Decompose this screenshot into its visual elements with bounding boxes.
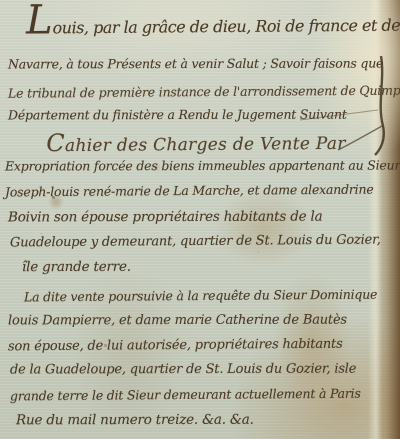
manuscript-line-opening: Louis, par la grâce de dieu, Roi de fran…	[26, 6, 400, 36]
manuscript-line: son épouse, de lui autorisée, propriétai…	[8, 337, 343, 355]
manuscript-line: Guadeloupe y demeurant, quartier de St. …	[10, 233, 381, 251]
manuscript-line: Navarre, à tous Présents et à venir Salu…	[8, 56, 383, 72]
manuscript-line: Boivin son épouse propriétaires habitant…	[8, 209, 323, 226]
manuscript-line: louis Dampierre, et dame marie Catherine…	[8, 313, 347, 329]
manuscript-page: Louis, par la grâce de dieu, Roi de fran…	[0, 0, 400, 439]
manuscript-line: grande terre le dit Sieur demeurant actu…	[10, 386, 361, 404]
manuscript-line: La dite vente poursuivie à la requête du…	[24, 287, 377, 305]
manuscript-line: de la Guadeloupe, quartier de St. Louis …	[10, 362, 356, 378]
manuscript-heading-line: Cahier des Charges de Vente Par	[0, 126, 392, 157]
manuscript-line: Département du finistère a Rendu le Juge…	[8, 107, 347, 123]
manuscript-line: île grande terre.	[22, 259, 131, 275]
manuscript-line: Rue du mail numero treize. &a. &a.	[16, 412, 254, 429]
manuscript-line: Le tribunal de première instance de l'ar…	[8, 82, 400, 100]
manuscript-line: Joseph-louis rené-marie de La Marche, et…	[5, 182, 374, 200]
manuscript-text: Louis, par la grâce de dieu, Roi de fran…	[0, 0, 400, 439]
manuscript-line: Expropriation forcée des biens immeubles…	[5, 157, 400, 173]
